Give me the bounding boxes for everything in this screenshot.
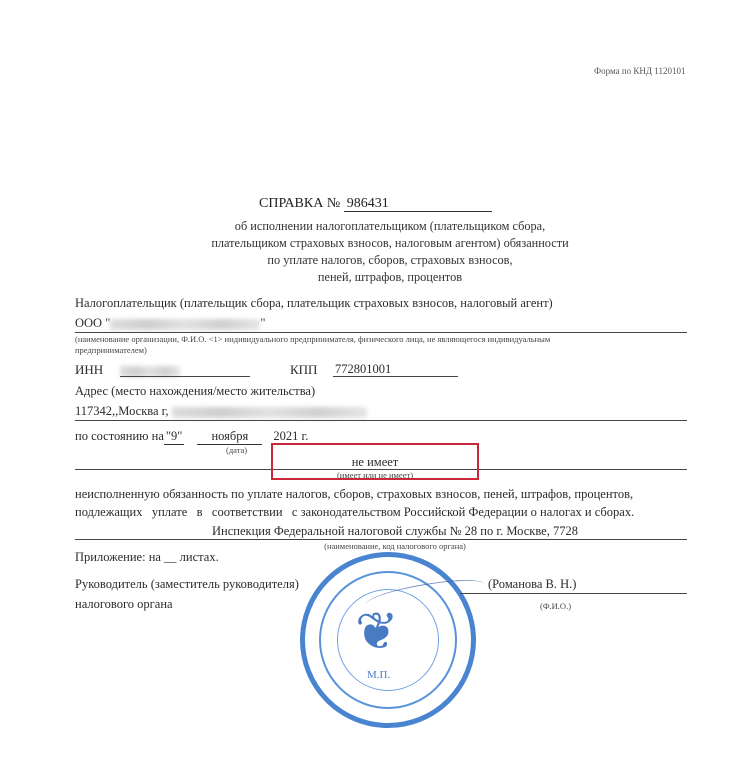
date-caption: (дата) (226, 445, 247, 455)
redacted-org-name (110, 319, 260, 330)
signatory-name: (Романова В. Н.) (488, 577, 576, 592)
authority-underline (75, 539, 687, 540)
taxpayer-heading: Налогоплательщик (плательщик сбора, плат… (75, 296, 553, 311)
highlight-box (271, 443, 479, 480)
signatory-role: Руководитель (заместитель руководителя) (75, 577, 299, 592)
redacted-address (172, 407, 367, 418)
address-value: 117342,,Москва г, (75, 404, 367, 419)
date-month: ноября (197, 429, 262, 445)
signatory-role-continued: налогового органа (75, 597, 173, 612)
official-stamp: ❦ М.П. (300, 552, 476, 728)
address-heading: Адрес (место нахождения/место жительства… (75, 384, 315, 399)
subtitle-line: пеней, штрафов, процентов (0, 269, 750, 286)
attachment-note: Приложение: на __ листах. (75, 550, 219, 565)
signatory-name-caption: (Ф.И.О.) (540, 601, 571, 611)
obligation-text-line2: подлежащих уплате в соответствии с закон… (75, 505, 634, 520)
organization-name: ООО "" (75, 316, 265, 331)
title-label: СПРАВКА № (259, 196, 340, 211)
kpp-value: 772801001 (335, 362, 391, 377)
document-title: СПРАВКА № 986431 (259, 196, 492, 212)
document-subtitle: об исполнении налогоплательщиком (плател… (0, 218, 750, 286)
org-caption: (наименование организации, Ф.И.О. <1> ин… (75, 334, 550, 344)
org-suffix: " (260, 316, 265, 330)
subtitle-line: плательщиком страховых взносов, налоговы… (0, 235, 750, 252)
date-prefix: по состоянию на (75, 429, 164, 443)
stamp-center: М.П. (367, 669, 390, 681)
address-underline (75, 420, 687, 421)
form-code: Форма по КНД 1120101 (594, 66, 685, 76)
inn-underline (120, 376, 250, 377)
obligation-text-line1: неисполненную обязанность по уплате нало… (75, 487, 633, 502)
kpp-underline (333, 376, 458, 377)
org-underline (75, 332, 687, 333)
org-prefix: ООО " (75, 316, 110, 330)
date-day: "9" (164, 429, 184, 445)
signatory-underline (460, 593, 687, 594)
tax-authority-name: Инспекция Федеральной налоговой службы №… (0, 524, 750, 539)
org-caption-continued: предпринимателем) (75, 345, 147, 355)
subtitle-line: об исполнении налогоплательщиком (плател… (0, 218, 750, 235)
inn-label: ИНН (75, 362, 103, 378)
address-text: 117342,,Москва г, (75, 404, 169, 418)
subtitle-line: по уплате налогов, сборов, страховых взн… (0, 252, 750, 269)
inn-value (120, 362, 180, 380)
certificate-number: 986431 (344, 197, 492, 212)
kpp-label: КПП (290, 362, 317, 378)
